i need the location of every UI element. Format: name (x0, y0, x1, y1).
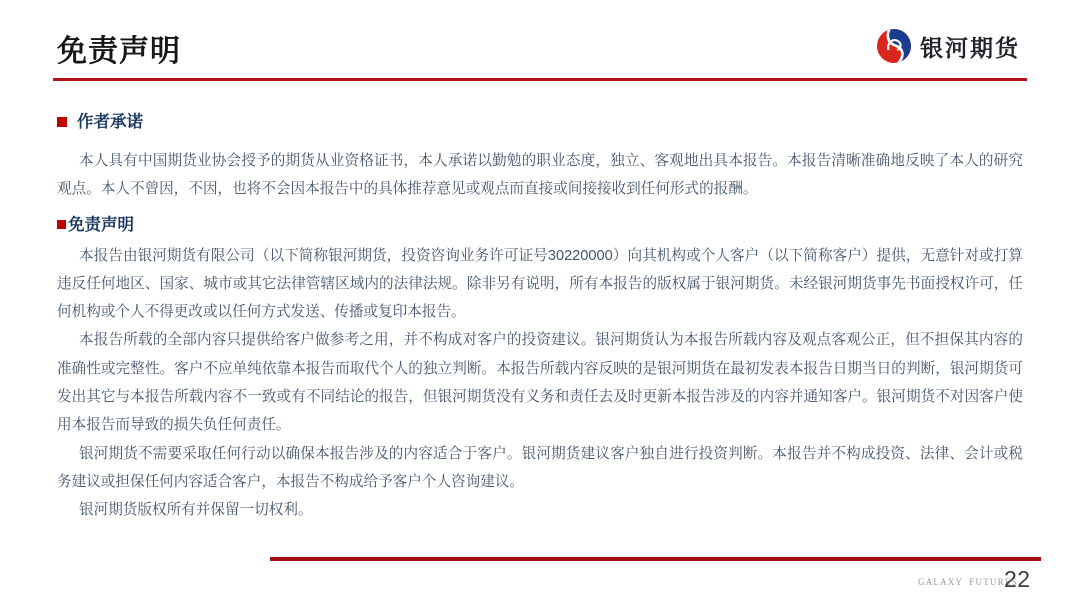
disclaimer-paragraph-1: 本报告由银河期货有限公司（以下简称银河期货，投资咨询业务许可证号30220000… (57, 242, 1023, 327)
author-commitment-paragraph: 本人具有中国期货业协会授予的期货从业资格证书，本人承诺以勤勉的职业态度，独立、客… (57, 147, 1023, 204)
brand-logo: 银河期货 (876, 28, 1020, 64)
footer-brand-text: GALAXY FUTURES (918, 577, 990, 587)
section-heading-label: 免责声明 (68, 213, 134, 237)
disclaimer-content: 作者承诺 本人具有中国期货业协会授予的期货从业资格证书，本人承诺以勤勉的职业态度… (57, 110, 1023, 525)
disclaimer-paragraph-3: 银河期货不需要采取任何行动以确保本报告涉及的内容适合于客户。银河期货建议客户独自… (57, 440, 1023, 497)
red-square-bullet-icon (57, 220, 66, 229)
disclaimer-slide: 免责声明 银河期货 作者承诺 本人具有中国期货业协会授予的期货从业资格证书，本人… (0, 0, 1080, 608)
section-heading-disclaimer: 免责声明 (57, 213, 1023, 237)
page-number: 22 (1004, 566, 1031, 593)
footer-rule (270, 557, 1041, 561)
section-heading-label: 作者承诺 (77, 110, 143, 134)
disclaimer-paragraph-2: 本报告所载的全部内容只提供给客户做参考之用，并不构成对客户的投资建议。银河期货认… (57, 326, 1023, 439)
red-square-bullet-icon (57, 117, 67, 127)
section-heading-author-commitment: 作者承诺 (57, 110, 1023, 134)
title-underline-rule (53, 78, 1027, 81)
disclaimer-paragraph-4: 银河期货版权所有并保留一切权利。 (57, 496, 1023, 524)
page-title: 免责声明 (57, 26, 181, 70)
galaxy-sphere-icon (876, 28, 912, 64)
brand-name: 银河期货 (920, 30, 1020, 63)
